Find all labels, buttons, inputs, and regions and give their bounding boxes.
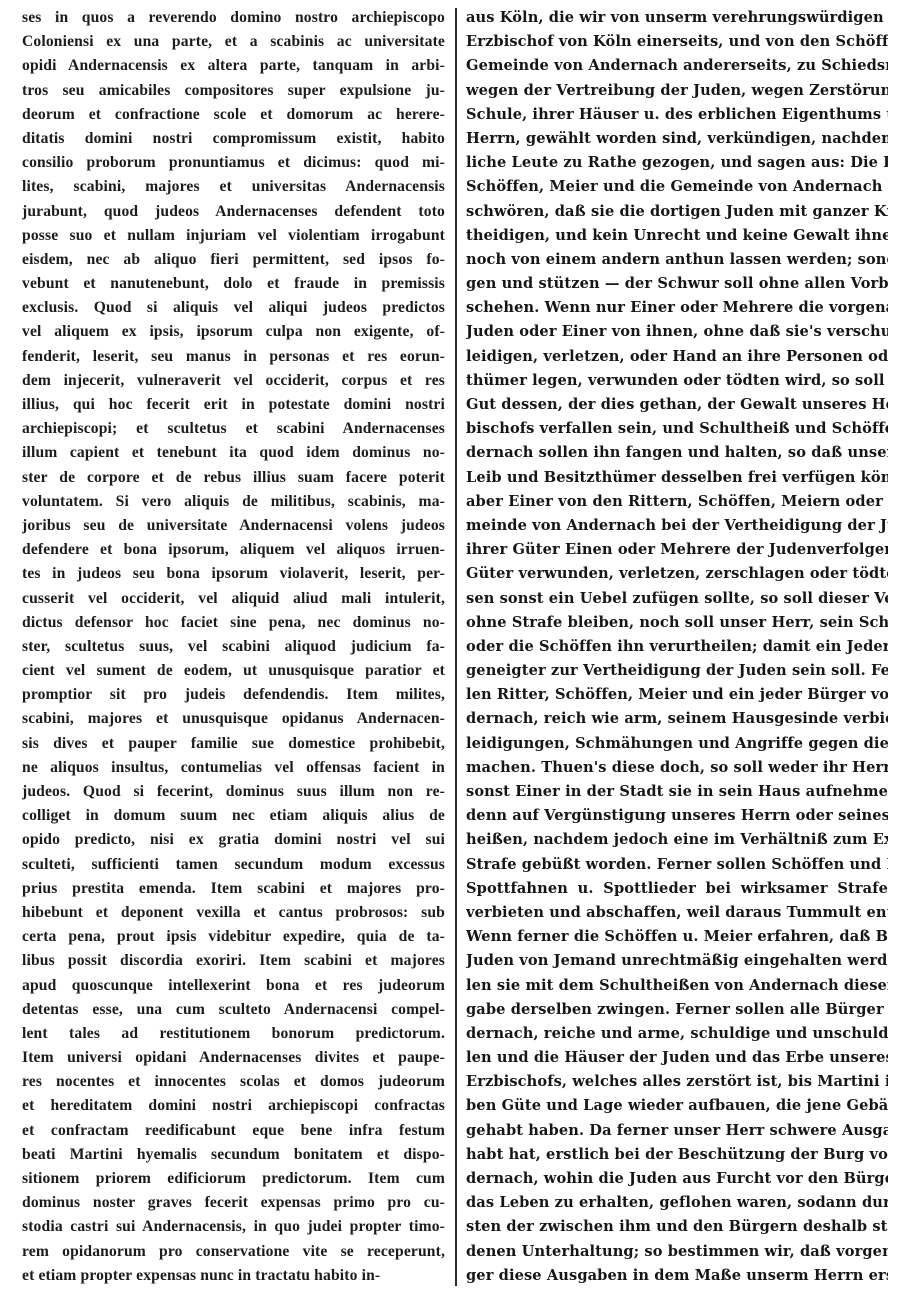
text-line: illum capient et tenebunt ita quod idem … — [22, 441, 445, 465]
text-line: Schöffen, Meier und die Gemeinde von And… — [466, 175, 888, 199]
text-line: opido predicto, nisi ex gratia domini no… — [22, 828, 445, 852]
text-line: dernach, reiche und arme, schuldige und … — [466, 1022, 888, 1046]
text-line: gen und stützen — der Schwur soll ohne a… — [466, 272, 888, 296]
text-line: heißen, nachdem jedoch eine im Verhältni… — [466, 828, 888, 852]
text-line: fenderit, leserit, seu manus in personas… — [22, 345, 445, 369]
text-line: prius prestita emenda. Item scabini et m… — [22, 877, 445, 901]
text-line: promptior sit pro judeis defendendis. It… — [22, 683, 445, 707]
text-line: consilio proborum pronuntiamus et dicimu… — [22, 151, 445, 175]
text-line: bischofs verfallen sein, und Schultheiß … — [466, 417, 888, 441]
text-line: dem injecerit, vulneraverit vel occideri… — [22, 369, 445, 393]
text-line: das Leben zu erhalten, geflohen waren, s… — [466, 1191, 888, 1215]
text-line: colliget in domum suum nec etiam aliquis… — [22, 804, 445, 828]
text-line: dernach, wohin die Juden aus Furcht vor … — [466, 1167, 888, 1191]
text-line: scabini, majores et unusquisque opidanus… — [22, 707, 445, 731]
text-line: Gut dessen, der dies gethan, der Gewalt … — [466, 393, 888, 417]
text-line: Strafe gebüßt worden. Ferner sollen Schö… — [466, 853, 888, 877]
text-line: wegen der Vertreibung der Juden, wegen Z… — [466, 79, 888, 103]
text-line: theidigen, und kein Unrecht und keine Ge… — [466, 224, 888, 248]
text-line: voluntatem. Si vero aliquis de militibus… — [22, 490, 445, 514]
text-line: res nocentes et innocentes scolas et dom… — [22, 1070, 445, 1094]
text-line: Leib und Besitzthümer desselben frei ver… — [466, 466, 888, 490]
text-line: detentas esse, una cum sculteto Andernac… — [22, 998, 445, 1022]
text-line: verbieten und abschaffen, weil daraus Tu… — [466, 901, 888, 925]
text-line: hibebunt et deponent vexilla et cantus p… — [22, 901, 445, 925]
text-line: apud quoscunque intellexerint bona et re… — [22, 974, 445, 998]
text-line: libus possit discordia exoriri. Item sca… — [22, 949, 445, 973]
text-line: et hereditatem domini nostri archiepisco… — [22, 1094, 445, 1118]
text-line: deorum et confractione scole et domorum … — [22, 103, 445, 127]
column-divider — [455, 8, 457, 1286]
text-line: denn auf Vergünstigung unseres Herrn ode… — [466, 804, 888, 828]
text-line: eisdem, nec ab aliquo fieri permittent, … — [22, 248, 445, 272]
text-line: gehabt haben. Da ferner unser Herr schwe… — [466, 1119, 888, 1143]
text-line: ster, scultetus suus, vel scabini aliquo… — [22, 635, 445, 659]
text-line: aus Köln, die wir von unserm verehrungsw… — [466, 6, 888, 30]
text-line: lites, scabini, majores et universitas A… — [22, 175, 445, 199]
text-line: dictus defensor hoc faciet sine pena, ne… — [22, 611, 445, 635]
text-line: ditatis domini nostri compromissum exist… — [22, 127, 445, 151]
text-line: dernach, reich wie arm, seinem Hausgesin… — [466, 707, 888, 731]
text-line: tes in judeos seu bona ipsorum violaveri… — [22, 562, 445, 586]
text-line: meinde von Andernach bei der Vertheidigu… — [466, 514, 888, 538]
text-line: thümer legen, verwunden oder tödten wird… — [466, 369, 888, 393]
text-line: Güter verwunden, verletzen, zerschlagen … — [466, 562, 888, 586]
text-line: len Ritter, Schöffen, Meier und ein jede… — [466, 683, 888, 707]
text-line: leidigungen, Schmähungen und Angriffe ge… — [466, 732, 888, 756]
text-line: jurabunt, quod judeos Andernacenses defe… — [22, 200, 445, 224]
text-line: noch von einem andern anthun lassen werd… — [466, 248, 888, 272]
text-line: beati Martini hyemalis secundum bonitate… — [22, 1143, 445, 1167]
text-line: len sie mit dem Schultheißen von Anderna… — [466, 974, 888, 998]
text-line: denen Unterhaltung; so bestimmen wir, da… — [466, 1240, 888, 1264]
text-line: Erzbischof von Köln einerseits, und von … — [466, 30, 888, 54]
text-line: vel aliquem ex ipsis, ipsorum culpa non … — [22, 320, 445, 344]
text-line: ben Güte und Lage wieder aufbauen, die j… — [466, 1094, 888, 1118]
text-line: sitionem priorem edificiorum predictorum… — [22, 1167, 445, 1191]
text-line: Schule, ihrer Häuser u. des erblichen Ei… — [466, 103, 888, 127]
text-line: geneigter zur Vertheidigung der Juden se… — [466, 659, 888, 683]
text-line: aber Einer von den Rittern, Schöffen, Me… — [466, 490, 888, 514]
text-line: dernach sollen ihn fangen und halten, so… — [466, 441, 888, 465]
text-line: ohne Strafe bleiben, noch soll unser Her… — [466, 611, 888, 635]
text-line: joribus seu de universitate Andernacensi… — [22, 514, 445, 538]
text-line: ihrer Güter Einen oder Mehrere der Juden… — [466, 538, 888, 562]
text-line: lent tales ad restitutionem bonorum pred… — [22, 1022, 445, 1046]
text-line: ses in quos a reverendo domino nostro ar… — [22, 6, 445, 30]
text-line: Herrn, gewählt worden sind, verkündigen,… — [466, 127, 888, 151]
text-line: sculteti, sufficienti tamen secundum mod… — [22, 853, 445, 877]
text-line: sonst Einer in der Stadt sie in sein Hau… — [466, 780, 888, 804]
text-line: oder die Schöffen ihn verurtheilen; dami… — [466, 635, 888, 659]
text-line: ster de corpore et de rebus illius suam … — [22, 466, 445, 490]
text-line: machen. Thuen's diese doch, so soll wede… — [466, 756, 888, 780]
text-line: et etiam propter expensas nunc in tracta… — [22, 1264, 445, 1288]
text-line: stodia castri sui Andernacensis, in quo … — [22, 1215, 445, 1239]
text-line: cusserit vel occiderit, vel aliquid aliu… — [22, 587, 445, 611]
text-line: cient vel sument de eodem, ut unusquisqu… — [22, 659, 445, 683]
text-line: Juden von Jemand unrechtmäßig eingehalte… — [466, 949, 888, 973]
text-line: sten der zwischen ihm und den Bürgern de… — [466, 1215, 888, 1239]
text-line: sen sonst ein Uebel zufügen sollte, so s… — [466, 587, 888, 611]
text-line: ger diese Ausgaben in dem Maße unserm He… — [466, 1264, 888, 1288]
german-column: aus Köln, die wir von unserm verehrungsw… — [466, 6, 888, 1288]
text-line: Spottfahnen u. Spottlieder bei wirksamer… — [466, 877, 888, 901]
text-line: archiepiscopi; et scultetus et scabini A… — [22, 417, 445, 441]
text-line: tros seu amicabiles compositores super e… — [22, 79, 445, 103]
text-line: defendere et bona ipsorum, aliquem vel a… — [22, 538, 445, 562]
text-line: Coloniensi ex una parte, et a scabinis a… — [22, 30, 445, 54]
text-line: vebunt et nanutenebunt, dolo et fraude i… — [22, 272, 445, 296]
text-line: Item universi opidani Andernacenses divi… — [22, 1046, 445, 1070]
text-line: gabe derselben zwingen. Ferner sollen al… — [466, 998, 888, 1022]
text-line: opidi Andernacensis ex altera parte, tan… — [22, 54, 445, 78]
scanned-page: ses in quos a reverendo domino nostro ar… — [0, 0, 900, 1295]
text-line: Juden oder Einer von ihnen, ohne daß sie… — [466, 320, 888, 344]
text-line: posse suo et nullam injuriam vel violent… — [22, 224, 445, 248]
text-line: dominus noster graves fecerit expensas p… — [22, 1191, 445, 1215]
text-line: Wenn ferner die Schöffen u. Meier erfahr… — [466, 925, 888, 949]
text-line: exclusis. Quod si aliquis vel aliqui jud… — [22, 296, 445, 320]
text-line: judeos. Quod si fecerint, dominus suus i… — [22, 780, 445, 804]
text-line: Erzbischofs, welches alles zerstört ist,… — [466, 1070, 888, 1094]
text-line: habt hat, erstlich bei der Beschützung d… — [466, 1143, 888, 1167]
text-line: Gemeinde von Andernach andererseits, zu … — [466, 54, 888, 78]
text-line: rem opidanorum pro conservatione vite se… — [22, 1240, 445, 1264]
text-line: schehen. Wenn nur Einer oder Mehrere die… — [466, 296, 888, 320]
latin-column: ses in quos a reverendo domino nostro ar… — [22, 6, 445, 1288]
text-line: et confractam reedificabunt eque bene in… — [22, 1119, 445, 1143]
text-line: liche Leute zu Rathe gezogen, und sagen … — [466, 151, 888, 175]
text-line: certa pena, prout ipsis videbitur expedi… — [22, 925, 445, 949]
text-line: ne aliquos insultus, contumelias vel off… — [22, 756, 445, 780]
text-line: schwören, daß sie die dortigen Juden mit… — [466, 200, 888, 224]
text-line: leidigen, verletzen, oder Hand an ihre P… — [466, 345, 888, 369]
text-line: len und die Häuser der Juden und das Erb… — [466, 1046, 888, 1070]
text-line: illius, qui hoc fecerit erit in potestat… — [22, 393, 445, 417]
text-line: sis dives et pauper familie sue domestic… — [22, 732, 445, 756]
